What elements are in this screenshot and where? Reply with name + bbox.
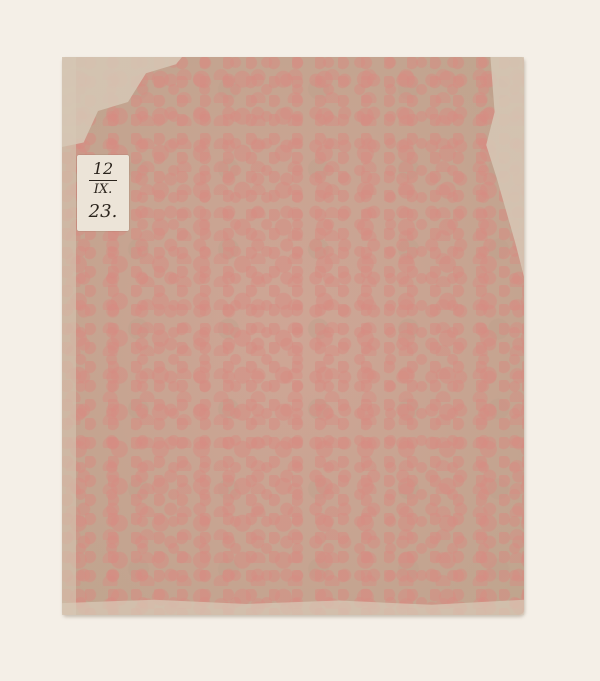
label-divider xyxy=(89,180,117,181)
label-line-3: 23. xyxy=(77,203,129,221)
label-line-1: 12 xyxy=(77,161,129,177)
shelf-label: 12 IX. 23. xyxy=(77,155,129,231)
label-line-2: IX. xyxy=(77,183,129,196)
book-cover xyxy=(62,57,524,615)
